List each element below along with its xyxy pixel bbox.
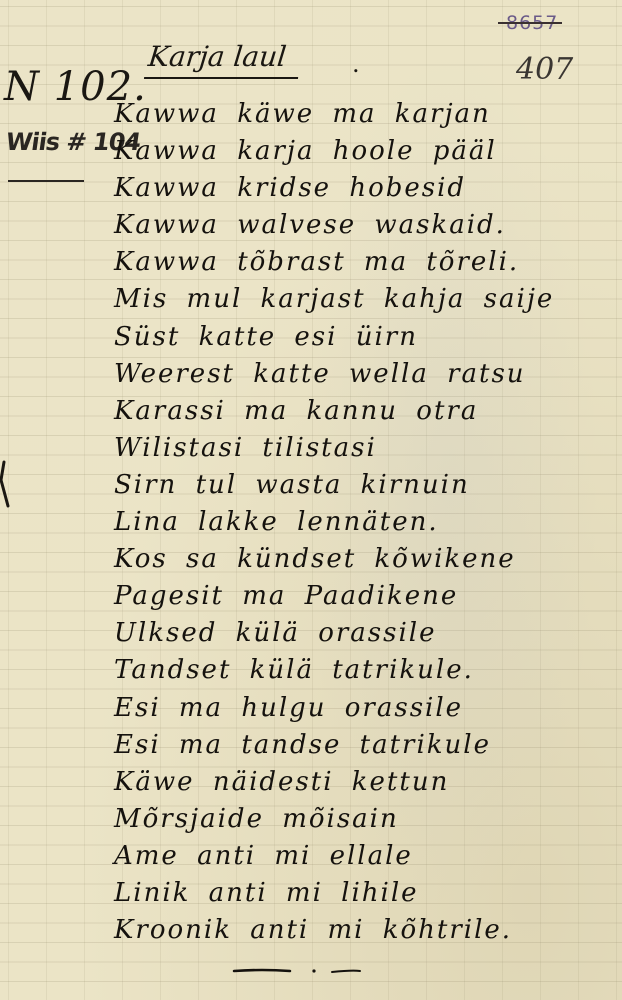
verse-line: Kawwa walvese waskaid. xyxy=(114,207,584,244)
verse-line: Sirn tul wasta kirnuin xyxy=(114,467,584,504)
verse-line: Kawwa karja hoole pääl xyxy=(114,133,584,170)
verse-line: Linik anti mi lihile xyxy=(114,875,584,912)
manuscript-page: 8657 407 N 102. Wiis # 104 Karja laul . … xyxy=(0,0,622,1000)
strikethrough-line xyxy=(498,22,562,24)
verse-line: Käwe näidesti kettun xyxy=(114,764,584,801)
archive-number-stamp: 8657 xyxy=(506,12,558,34)
verse-list: Kawwa käwe ma karjan Kawwa karja hoole p… xyxy=(114,96,584,949)
verse-line: Ame anti mi ellale xyxy=(114,838,584,875)
reference-underline xyxy=(8,180,84,182)
verse-line: Kawwa kridse hobesid xyxy=(114,170,584,207)
verse-line: Wilistasi tilistasi xyxy=(114,430,584,467)
margin-bracket-icon xyxy=(0,460,10,510)
verse-line: Esi ma tandse tatrikule xyxy=(114,727,584,764)
verse-line: Kawwa tõbrast ma tõreli. xyxy=(114,244,584,281)
title-period: . xyxy=(352,50,360,78)
verse-line: Kroonik anti mi kõhtrile. xyxy=(114,912,584,949)
verse-line: Mis mul karjast kahja saije xyxy=(114,281,584,318)
verse-line: Kawwa käwe ma karjan xyxy=(114,96,584,133)
page-number: 407 xyxy=(516,52,573,87)
verse-line: Esi ma hulgu orassile xyxy=(114,690,584,727)
verse-line: Süst katte esi üirn xyxy=(114,319,584,356)
verse-line: Weerest katte wella ratsu xyxy=(114,356,584,393)
verse-line: Pagesit ma Paadikene xyxy=(114,578,584,615)
verse-line: Mõrsjaide mõisain xyxy=(114,801,584,838)
end-of-song-mark-icon xyxy=(232,966,362,976)
verse-line: Ulksed külä orassile xyxy=(114,615,584,652)
verse-line: Karassi ma kannu otra xyxy=(114,393,584,430)
verse-line: Kos sa kündset kõwikene xyxy=(114,541,584,578)
verse-line: Lina lakke lennäten. xyxy=(114,504,584,541)
song-title: Karja laul xyxy=(144,40,302,79)
verse-line: Tandset külä tatrikule. xyxy=(114,652,584,689)
